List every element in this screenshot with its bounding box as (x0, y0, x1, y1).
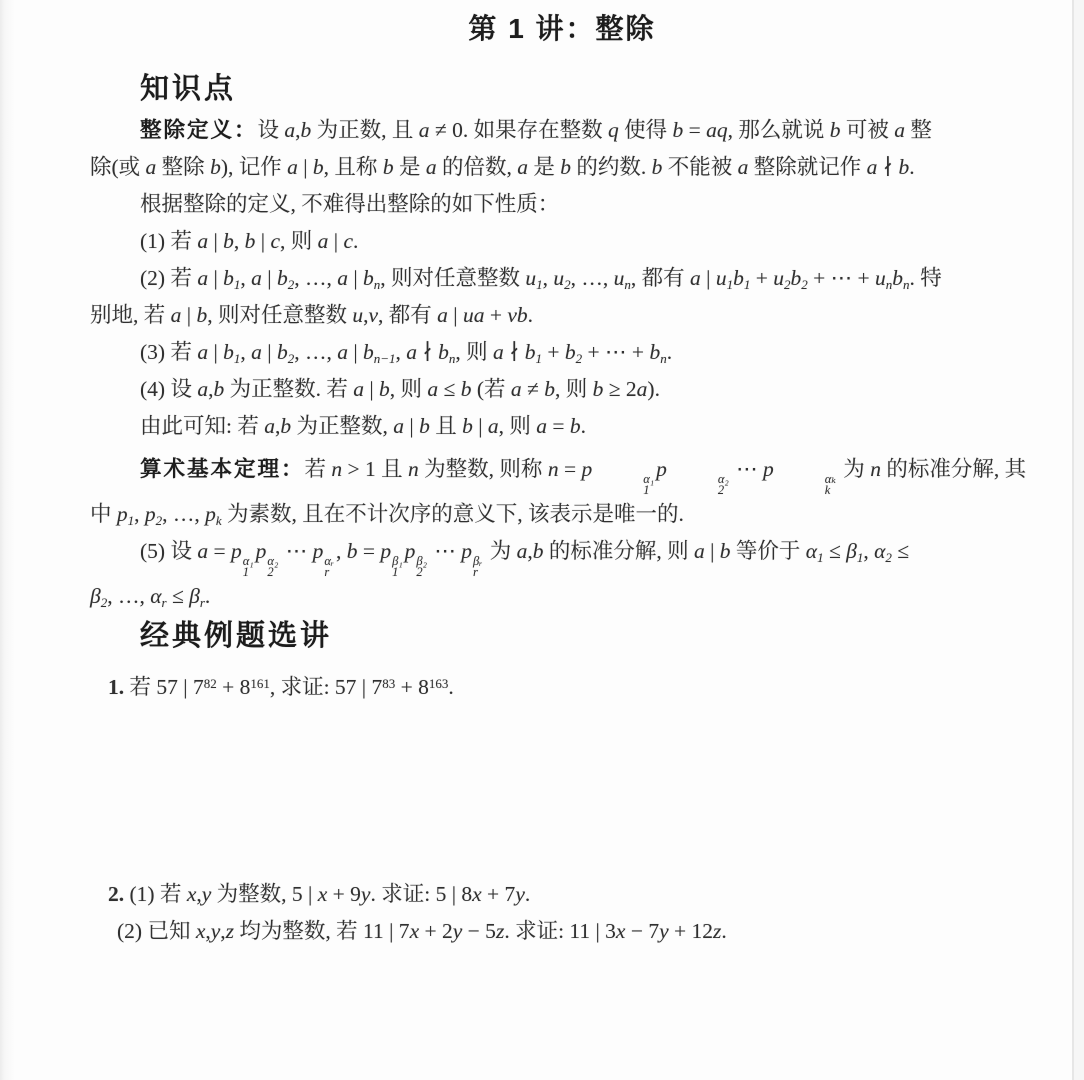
text-run: 782 (193, 675, 217, 699)
section-heading-examples: 经典例题选讲 (140, 619, 1034, 653)
text-run: . 求证: 11 | 3 (504, 919, 616, 943)
text-run: ). (647, 377, 660, 401)
math-variable: b1 (223, 340, 240, 364)
text-run: . 求证: 5 | 8 (370, 882, 472, 906)
definition-line-1: 整除定义：设 a,b 为正数, 且 a ≠ 0. 如果存在整数 q 使得 b =… (90, 112, 1034, 149)
text-run: 为素数, 且在不计次序的意义下, 该表示是唯一的. (222, 502, 684, 526)
text-run: , …, (107, 584, 150, 608)
text-run: 为正数, 且 (311, 118, 419, 142)
stacked-sup-sub: α₂2 (668, 474, 729, 496)
math-variable: a (337, 266, 348, 290)
math-variable: a (251, 266, 262, 290)
text-run: 为整数, 5 | (211, 882, 317, 906)
text-run: , 则 (390, 377, 428, 401)
text-run: (1) 若 (140, 229, 197, 253)
text-run: , 那么就说 (728, 118, 830, 142)
math-variable: b (462, 414, 473, 438)
text-run: 为 (838, 457, 870, 481)
math-variable: u2 (773, 266, 790, 290)
text-run: | (705, 539, 720, 563)
math-variable: un (875, 266, 892, 290)
text-run: ∤ (417, 340, 438, 364)
stacked-sup-sub: α₁1 (593, 474, 654, 496)
stacked-sup-sub: αᵣr (324, 556, 334, 578)
math-variable: c (343, 229, 353, 253)
math-variable: pα₂2 (256, 539, 281, 563)
text-run: , 则 (280, 229, 318, 253)
math-variable: pαₖk (763, 457, 838, 481)
text-run: + (542, 340, 565, 364)
text-run: . (205, 584, 210, 608)
math-variable: a (690, 266, 701, 290)
math-variable: b (313, 155, 324, 179)
problem-2-part-1: 2. (1) 若 x,y 为整数, 5 | x + 9y. 求证: 5 | 8x… (108, 876, 1034, 913)
math-variable: b (544, 377, 555, 401)
text-run: . (448, 675, 453, 699)
text-run: , …, (294, 266, 337, 290)
text-run: = (547, 414, 570, 438)
text-run: (3) 若 (140, 340, 197, 364)
text-run: ≤ (892, 539, 909, 563)
property-2-cont: 别地, 若 a | b, 则对任意整数 u,v, 都有 a | ua + vb. (90, 297, 1034, 334)
math-variable: β1 (846, 539, 863, 563)
math-variable: x (318, 882, 328, 906)
text-run: + 2 (419, 919, 453, 943)
math-variable: y (453, 919, 463, 943)
text-run: + (484, 303, 507, 327)
text-run: 为正整数. 若 (224, 377, 353, 401)
text-run: 均为整数, 若 11 | 7 (234, 919, 410, 943)
text-run: 若 57 | (130, 675, 193, 699)
math-variable: a (251, 340, 262, 364)
math-variable: n (548, 457, 559, 481)
text-run: , …, (571, 266, 614, 290)
math-variable: a (419, 118, 430, 142)
math-variable: a (536, 414, 547, 438)
math-variable: a (427, 377, 438, 401)
math-variable: u2 (553, 266, 570, 290)
math-variable: x (472, 882, 482, 906)
text-run: ), 记作 (221, 155, 287, 179)
text-run: 为 (484, 539, 516, 563)
text-run: , (336, 539, 347, 563)
math-variable: b1 (223, 266, 240, 290)
math-variable: a (894, 118, 905, 142)
math-variable: c (270, 229, 280, 253)
math-variable: pβ₁1 (380, 539, 404, 563)
text-run: , 则 (499, 414, 537, 438)
text-run: ⋯ (731, 457, 763, 481)
math-variable: p2 (145, 502, 162, 526)
math-variable: y (211, 919, 221, 943)
text-run: + (750, 266, 773, 290)
math-variable: b (223, 229, 234, 253)
fundamental-theorem-line-1: 算术基本定理：若 n > 1 且 n 为整数, 则称 n = pα₁1pα₂2 … (90, 451, 1034, 496)
definition-line-2: 除(或 a 整除 b), 记作 a | b, 且称 b 是 a 的倍数, a 是… (90, 149, 1034, 186)
text-run: ≤ (824, 539, 847, 563)
math-variable: b (720, 539, 731, 563)
math-variable: b2 (791, 266, 808, 290)
text-run: 整除 (156, 155, 210, 179)
solution-space (90, 706, 1034, 876)
text-run: 中 (90, 502, 117, 526)
text-run: . (353, 229, 358, 253)
text-run: , …, (294, 340, 337, 364)
math-variable: bn (892, 266, 909, 290)
math-variable: a (287, 155, 298, 179)
text-run: 由此可知: 若 (140, 414, 264, 438)
text-run: , …, (162, 502, 205, 526)
property-2: (2) 若 a | b1, a | b2, …, a | bn, 则对任意整数 … (140, 260, 1034, 297)
text-run: ≤ (438, 377, 461, 401)
text-run: 等价于 (731, 539, 806, 563)
text-run: ⋯ (280, 539, 312, 563)
text-run: 根据整除的定义, 不难得出整除的如下性质： (140, 192, 559, 216)
math-variable: b2 (277, 340, 294, 364)
math-variable: b2 (565, 340, 582, 364)
text-run: 设 (258, 118, 285, 142)
text-run: 且 (430, 414, 462, 438)
math-variable: a (197, 340, 208, 364)
text-run: 是 (394, 155, 426, 179)
text-run: − 7 (625, 919, 659, 943)
text-run: + 9 (327, 882, 361, 906)
corollary: 由此可知: 若 a,b 为正整数, a | b 且 b | a, 则 a = b… (140, 408, 1034, 445)
math-variable: b1 (733, 266, 750, 290)
math-variable: a (284, 118, 295, 142)
text-run: | (404, 414, 419, 438)
text-run: , 都有 (631, 266, 690, 290)
text-run: | (255, 229, 270, 253)
text-run: , (234, 229, 245, 253)
property-4: (4) 设 a,b 为正整数. 若 a | b, 则 a ≤ b (若 a ≠ … (140, 371, 1034, 408)
problem-1: 1. 若 57 | 782 + 8161, 求证: 57 | 783 + 816… (108, 669, 1034, 706)
text-run: | (262, 340, 277, 364)
property-5: (5) 设 a = pα₁1pα₂2 ⋯ pαᵣr, b = pβ₁1pβ₂2 … (140, 533, 1034, 578)
text-run: ≥ 2 (603, 377, 636, 401)
text-run: . (525, 882, 530, 906)
math-variable: pβ₂2 (405, 539, 429, 563)
math-variable: αr (150, 584, 166, 608)
text-run: , (543, 266, 554, 290)
text-run: , (396, 340, 407, 364)
math-variable: pβᵣr (461, 539, 484, 563)
math-variable: βr (189, 584, 205, 608)
text-run: (5) 设 (140, 539, 197, 563)
bold-lead-text: 算术基本定理： (140, 457, 305, 481)
math-variable: a (738, 155, 749, 179)
text-run: | (262, 266, 277, 290)
math-variable: a (197, 266, 208, 290)
math-variable: b (898, 155, 909, 179)
math-variable: z (226, 919, 234, 943)
stacked-sup-sub: β₂2 (416, 556, 427, 578)
text-run: , 则 (555, 377, 593, 401)
text-run: , 则对任意整数 (207, 303, 352, 327)
text-run: | (208, 229, 223, 253)
math-variable: pα₁1 (581, 457, 656, 481)
text-run: | (328, 229, 343, 253)
stacked-sup-sub: α₁1 (243, 556, 254, 578)
text-run: + (217, 675, 240, 699)
math-variable: a (353, 377, 364, 401)
math-variable: a (197, 377, 208, 401)
bold-lead-text: 整除定义： (140, 118, 258, 142)
math-variable: b (213, 377, 224, 401)
text-run: , (134, 502, 145, 526)
math-variable: vb (507, 303, 527, 327)
math-variable: u1 (525, 266, 542, 290)
text-run: 8161 (240, 675, 270, 699)
text-run: | (208, 266, 223, 290)
math-variable: a (146, 155, 157, 179)
text-run: ⋯ (429, 539, 461, 563)
text-run: (若 (471, 377, 510, 401)
math-variable: bn (438, 340, 455, 364)
section-heading-knowledge: 知识点 (140, 72, 1034, 106)
text-run: + 12 (669, 919, 713, 943)
page-right-edge-line (1072, 0, 1074, 1080)
math-variable: a (488, 414, 499, 438)
page-title: 第 1 讲：整除 (90, 12, 1034, 46)
math-variable: y (515, 882, 525, 906)
text-run: , (240, 266, 251, 290)
math-variable: x (410, 919, 420, 943)
text-run: , 求证: 57 | (270, 675, 372, 699)
text-run: | (448, 303, 463, 327)
math-variable: ua (463, 303, 485, 327)
math-variable: aq (706, 118, 728, 142)
math-variable: a (511, 377, 522, 401)
math-variable: u (352, 303, 363, 327)
math-variable: a (197, 229, 208, 253)
problem-2-part-2: (2) 已知 x,y,z 均为整数, 若 11 | 7x + 2y − 5z. … (117, 913, 1034, 950)
text-run: , 且称 (324, 155, 383, 179)
math-variable: α1 (806, 539, 824, 563)
text-run: . (721, 919, 726, 943)
math-variable: β2 (90, 584, 107, 608)
math-variable: a (694, 539, 705, 563)
text-run: + ⋯ + (582, 340, 649, 364)
math-variable: pα₂2 (656, 457, 731, 481)
text-run: 别地, 若 (90, 303, 171, 327)
text-run: (1) 若 (130, 882, 187, 906)
math-variable: b (533, 539, 544, 563)
math-variable: b (301, 118, 312, 142)
stacked-sup-sub: βᵣr (473, 556, 482, 578)
math-variable: b (245, 229, 256, 253)
math-variable: b (383, 155, 394, 179)
math-variable: b (347, 539, 358, 563)
fundamental-theorem-line-2: 中 p1, p2, …, pk 为素数, 且在不计次序的意义下, 该表示是唯一的… (90, 496, 1034, 533)
math-variable: b (560, 155, 571, 179)
text-run: 为正整数, (291, 414, 393, 438)
text-run: | (348, 340, 363, 364)
math-variable: x (196, 919, 206, 943)
text-run: 整 (905, 118, 932, 142)
property-1: (1) 若 a | b, b | c, 则 a | c. (140, 223, 1034, 260)
math-variable: p1 (117, 502, 134, 526)
text-run: 的倍数, (437, 155, 518, 179)
text-run: 8163 (418, 675, 448, 699)
stacked-sup-sub: αₖk (775, 474, 836, 496)
text-run: > 1 且 (342, 457, 408, 481)
text-run: 为整数, 则称 (419, 457, 548, 481)
math-variable: x (187, 882, 197, 906)
math-variable: bn−1 (363, 340, 396, 364)
math-variable: n (331, 457, 342, 481)
math-variable: α2 (874, 539, 892, 563)
math-variable: a (406, 340, 417, 364)
math-variable: a (493, 340, 504, 364)
text-run: , 则对任意整数 (380, 266, 525, 290)
text-run: ≤ (167, 584, 190, 608)
math-variable: n (408, 457, 419, 481)
math-variable: un (614, 266, 631, 290)
text-run: , (240, 340, 251, 364)
text-run: | (298, 155, 313, 179)
bold-lead-text: 2. (108, 882, 130, 906)
text-run: = (357, 539, 380, 563)
text-run: . (909, 155, 914, 179)
text-run: 可被 (841, 118, 895, 142)
math-variable: a (517, 155, 528, 179)
math-variable: a (264, 414, 275, 438)
text-run: 的约数. (571, 155, 652, 179)
text-run: 整除就记作 (748, 155, 866, 179)
text-run: | (208, 340, 223, 364)
math-variable: a (337, 340, 348, 364)
math-variable: b1 (525, 340, 542, 364)
property-5-cont: β2, …, αr ≤ βr. (90, 578, 1034, 615)
text-run: 的标准分解, 其 (881, 457, 1026, 481)
text-run: = (683, 118, 706, 142)
page-content: 第 1 讲：整除知识点整除定义：设 a,b 为正数, 且 a ≠ 0. 如果存在… (90, 0, 1034, 950)
properties-intro: 根据整除的定义, 不难得出整除的如下性质： (140, 186, 1034, 223)
text-run: ∤ (504, 340, 525, 364)
text-run: 使得 (619, 118, 673, 142)
text-run: , 都有 (378, 303, 437, 327)
text-run: | (348, 266, 363, 290)
page-left-edge-shadow (0, 0, 16, 1080)
math-variable: b (830, 118, 841, 142)
math-variable: b (210, 155, 221, 179)
math-variable: bn (363, 266, 380, 290)
text-run: ≠ (522, 377, 545, 401)
text-run: , 则 (455, 340, 493, 364)
math-variable: b (570, 414, 581, 438)
math-variable: q (608, 118, 619, 142)
document-page: 第 1 讲：整除知识点整除定义：设 a,b 为正数, 且 a ≠ 0. 如果存在… (0, 0, 1084, 1080)
text-run: + 7 (482, 882, 516, 906)
math-variable: a (393, 414, 404, 438)
text-run: . (667, 340, 672, 364)
math-variable: a (318, 229, 329, 253)
math-variable: bn (649, 340, 666, 364)
text-run: 不能被 (662, 155, 737, 179)
math-variable: a (437, 303, 448, 327)
math-variable: b (280, 414, 291, 438)
math-variable: b (419, 414, 430, 438)
math-variable: pk (205, 502, 222, 526)
math-variable: a (171, 303, 182, 327)
math-variable: b (673, 118, 684, 142)
text-run: 的标准分解, 则 (543, 539, 694, 563)
text-run: | (364, 377, 379, 401)
math-variable: b (593, 377, 604, 401)
math-variable: y (659, 919, 669, 943)
text-run: (2) 若 (140, 266, 197, 290)
math-variable: pαᵣr (313, 539, 336, 563)
text-run: . 特 (910, 266, 942, 290)
math-variable: b (652, 155, 663, 179)
text-run: (4) 设 (140, 377, 197, 401)
text-run: − 5 (462, 919, 496, 943)
text-run: ∤ (877, 155, 898, 179)
text-run: = (559, 457, 582, 481)
bold-lead-text: 1. (108, 675, 130, 699)
math-variable: pα₁1 (231, 539, 256, 563)
text-run: (2) 已知 (117, 919, 196, 943)
math-variable: a (426, 155, 437, 179)
text-run: | (473, 414, 488, 438)
text-run: + (395, 675, 418, 699)
text-run: . (528, 303, 533, 327)
math-variable: a (197, 539, 208, 563)
math-variable: a (637, 377, 648, 401)
stacked-sup-sub: α₂2 (267, 556, 278, 578)
text-run: | (181, 303, 196, 327)
math-variable: a (517, 539, 528, 563)
text-run: , (863, 539, 874, 563)
math-variable: n (870, 457, 881, 481)
math-variable: v (368, 303, 378, 327)
math-variable: y (202, 882, 212, 906)
text-run: = (208, 539, 231, 563)
math-variable: b (379, 377, 390, 401)
stacked-sup-sub: β₁1 (392, 556, 403, 578)
text-run: . (581, 414, 586, 438)
text-run: 除(或 (90, 155, 146, 179)
property-3: (3) 若 a | b1, a | b2, …, a | bn−1, a ∤ b… (140, 334, 1034, 371)
math-variable: u1 (716, 266, 733, 290)
math-variable: a (867, 155, 878, 179)
text-run: ≠ 0. 如果存在整数 (430, 118, 608, 142)
text-run: 是 (528, 155, 560, 179)
math-variable: b (196, 303, 207, 327)
page-right-edge-band (1073, 0, 1084, 1080)
text-run: 若 (305, 457, 332, 481)
math-variable: b (461, 377, 472, 401)
math-variable: b2 (277, 266, 294, 290)
text-run: + ⋯ + (808, 266, 875, 290)
text-run: | (701, 266, 716, 290)
text-run: 783 (371, 675, 395, 699)
